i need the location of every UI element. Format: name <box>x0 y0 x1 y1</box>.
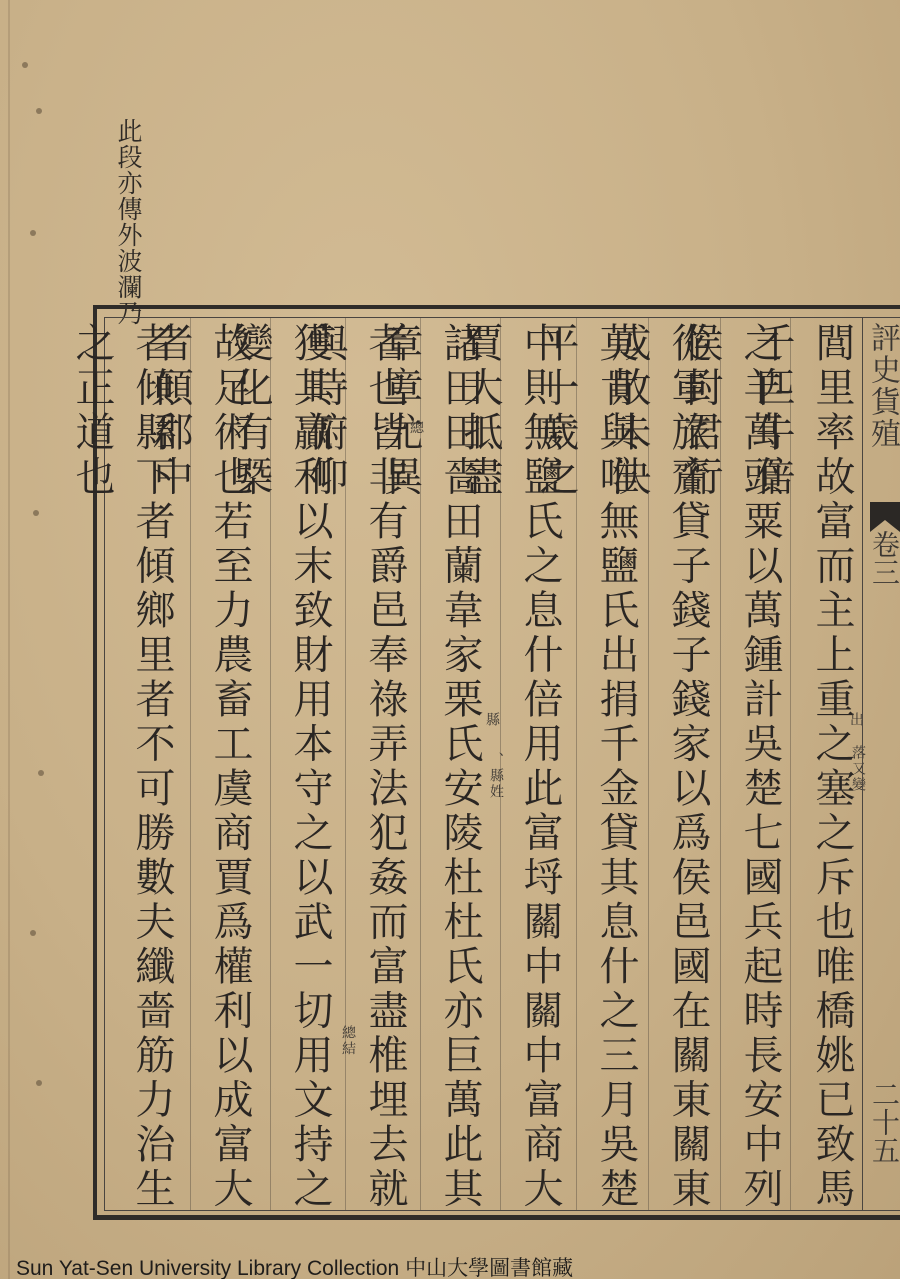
text-column-4: 莫肯與唯無鹽氏出捐千金貸其息什之三月吳楚平一歲之 <box>586 322 646 1212</box>
column-divider <box>576 318 577 1210</box>
binding-hole <box>30 230 36 236</box>
binding-hole <box>36 108 42 114</box>
column-divider <box>345 318 346 1210</box>
text-column-10: 者傾縣下者傾鄉里者不可勝數夫纖嗇筋力治生之正道也 <box>122 322 182 1212</box>
column-divider <box>270 318 271 1210</box>
binding-hole <box>36 1080 42 1086</box>
binding-hole <box>33 510 39 516</box>
column-divider <box>648 318 649 1210</box>
binding-hole <box>38 770 44 776</box>
gutter-page-number: 二十五 <box>868 1080 900 1164</box>
interlinear-gloss: 、縣姓 <box>488 752 504 800</box>
text-column-9: 故足術也若至力農畜工虞商賈爲權利以成富大者傾郡中 <box>200 322 260 1212</box>
gutter-book-title: 評史貨殖 <box>866 322 898 450</box>
column-divider <box>720 318 721 1210</box>
binding-hole <box>22 62 28 68</box>
binding-hole <box>30 930 36 936</box>
page-gutter <box>862 318 900 1211</box>
top-margin-annotation: 此段亦傳外波瀾乃 <box>113 118 143 326</box>
interlinear-gloss: 總 <box>408 420 424 436</box>
gutter-volume-label: 卷三 <box>868 530 900 586</box>
column-divider <box>420 318 421 1210</box>
text-column-7: 者也皆非有爵邑奉祿弄法犯姦而富盡椎埋去就與時俯仰 <box>355 322 415 1212</box>
interlinear-gloss: 縣 <box>484 712 500 728</box>
column-divider <box>190 318 191 1210</box>
interlinear-gloss: 總結 <box>340 1025 356 1057</box>
text-column-8: 獲其贏利以末致財用本守之以武一切用文持之變化有槩 <box>280 322 340 1212</box>
text-column-2: 之羊萬頭粟以萬鍾計吳楚七國兵起時長安中列侯封君行 <box>730 322 790 1212</box>
page-fold-line <box>8 0 10 1279</box>
text-column-6: 諸田田嗇田蘭韋家栗氏安陵杜杜氏亦巨萬此其章章尤異 <box>430 322 490 1212</box>
text-column-5: 中則無鹽氏之息什倍用此富埒關中關中富商大賈大抵盡 <box>510 322 570 1212</box>
library-collection-watermark: Sun Yat-Sen University Library Collectio… <box>16 1252 573 1279</box>
column-divider <box>790 318 791 1210</box>
text-column-3: 從軍旅齎貸子錢子錢家以爲侯邑國在關東關東成敗未決 <box>658 322 718 1212</box>
scanned-page: 此段亦傳外波瀾乃 閭里率故富而主上重之塞之斥也唯橋姚已致馬千匹牛倍 之羊萬頭粟以… <box>0 0 900 1279</box>
